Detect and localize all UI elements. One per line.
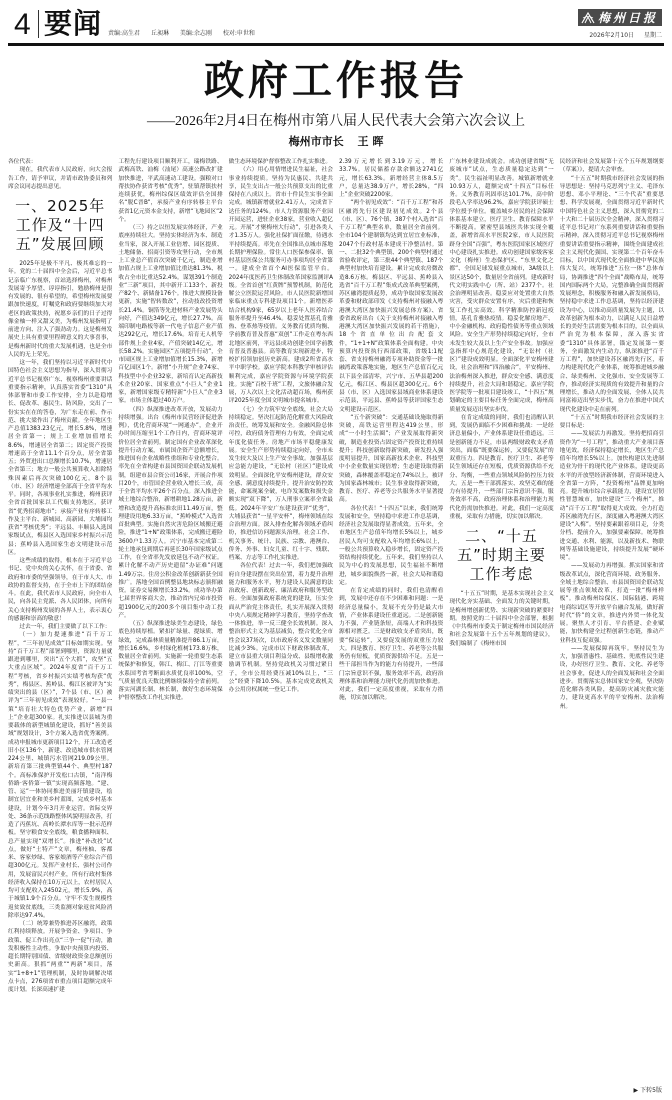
credit-editor: 责编:高生君 <box>108 30 140 37</box>
paragraph: （一）加力提速推进“百千万工程”，“三年初见成效”目标如期实现。坚持“百千万工程… <box>8 631 112 920</box>
paragraph: 2025年是极不平凡、极其难忘的一年。党的二十届四中全会后，习近平总书记亲临广东… <box>8 260 112 359</box>
paragraph: （七）全力筑牢安全底线，社会大局持续稳定。坚决扛起防范化解重大风险政治责任，统筹… <box>229 406 333 563</box>
paragraph: “两个初见成效”：“百千万工程”和苏区融湾先行区建设初见成效。2个县（市、区）、… <box>339 199 443 414</box>
plum-blossom-logo-icon <box>581 11 595 24</box>
column-6: 民经济和社会发展第十五个五年规划纲要（草案）》，提请大会审查。“十五五”时期我市… <box>560 158 664 1093</box>
paragraph: 做生态环境保护督察整改工作扎实推进。 <box>229 158 333 166</box>
paragraph: 各位代表！过去一年，我们把加强政府自身建设摆在突出位置，着力提升治理能力和服务水… <box>229 562 333 694</box>
section-name: 要闻 <box>44 8 102 40</box>
author-role: 梅州市市长 <box>289 135 344 148</box>
page-number: 4 <box>14 10 31 40</box>
column-5: 广东林业建设成就会。成功创建省级“无废城市”试点，生态质量稳定达到“一类”。民生… <box>449 158 553 1093</box>
paragraph: 过去一年，我们主要做了以下工作： <box>8 623 112 631</box>
paragraph: “十五五”时期，是基本实现社会主义现代化夯实基础、全面发力的关键时期，是梅州增创… <box>449 590 553 648</box>
paragraph: 现在，我代表市人民政府，向大会报告工作，请予审议，并请市政协委员和列席会议同志提… <box>8 166 112 191</box>
paragraph: 工程先行建设项目顺利开工，瑞梅铁路、武梅高铁、汕梅（汕尾）高速公路改扩建加快推进… <box>118 158 222 224</box>
column-1: 各位代表：现在，我代表市人民政府，向大会报告工作，请予审议，并请市政协委员和列席… <box>8 158 112 1093</box>
page-divider <box>38 10 39 38</box>
paragraph: “十五五”时期我市经济社会发展的主要目标是： <box>560 414 664 431</box>
newspaper-logo: 梅州日报 <box>578 9 662 26</box>
section-heading: 二、“十五五”时期主要工作考虑 <box>449 527 553 584</box>
paragraph: ——发展保障再筑牢。坚持民生为大，加强普惠性、基础性、兜底性民生建设，办好医疗卫… <box>560 645 664 711</box>
column-2: 工程先行建设项目顺利开工，瑞梅铁路、武梅高铁、汕梅（汕尾）高速公路改扩建加快推进… <box>118 158 222 1093</box>
paragraph: “十五五”时期我市经济社会发展的指导思想是：坚持马克思列宁主义、毛泽东思想、邓小… <box>560 175 664 414</box>
article-body: 各位代表：现在，我代表市人民政府，向大会报告工作，请予审议，并请市政协委员和列席… <box>8 158 664 1093</box>
paragraph: （六）用心用情增进民生福祉，社会事业持续提质。坚持为民惠民、共建共享，民生支出占… <box>229 166 333 405</box>
paragraph: 这一年，我们坚持以习近平新时代中国特色社会主义思想为指导，深入贯彻习近平总书记视… <box>8 359 112 557</box>
issue-date: 2026年2月10日 <box>589 32 634 39</box>
paragraph: “五个新突破”：交通基础设施取得新突破，高铁运营里程达419公里，形成“一小时生… <box>339 414 443 505</box>
masthead: 4 要闻 责编:高生君 丘昶琳 美编:余志刚 校对:申世和 梅州日报 2026年… <box>8 6 664 44</box>
credit-proofreader: 校对:申世和 <box>223 30 255 37</box>
paragraph: 广东林业建设成就会。成功创建省级“无废城市”试点，生态质量稳定达到“一类”。民生… <box>449 158 553 414</box>
dateline: 2026年2月10日 星期二 <box>589 30 662 39</box>
paragraph: 在肯定成绩的同时，我们也清醒看到，发展中还存在不少困难和问题：一是经济总量偏小，… <box>339 587 443 703</box>
column-4: 2.39万元增长到3.19万元，增长33.7%。居民储蓄存款余额达2741亿元，… <box>339 158 443 1093</box>
paragraph: 这些成绩的取得，根本在于习近平总书记、党中央的关心关怀，在于省委、省政府和市委的… <box>8 557 112 623</box>
paragraph: 各位代表： <box>8 158 112 166</box>
paragraph: 各位代表！“十四五”以来，我们统筹发展和安全，坚持稳中求进工作总基调，经济社会发… <box>339 505 443 588</box>
logo-text: 梅州日报 <box>598 9 658 26</box>
section-heading: 一、2025年工作及“十四五”发展回顾 <box>8 197 112 254</box>
byline: 梅州市市长 王 晖 <box>0 135 672 148</box>
paragraph: ——发展活力再激发。坚持把招商引资作为“一号工程”，推动重大产业项目落地见效。经… <box>560 430 664 562</box>
continued-on-page-note[interactable]: ▶下转5版 <box>634 1085 662 1094</box>
author-name: 王 晖 <box>358 135 384 148</box>
credit-editor-2: 丘昶琳 <box>151 30 169 37</box>
header-rule <box>8 43 664 46</box>
article-subtitle: ——2026年2月4日在梅州市第八届人民代表大会第六次会议上 <box>0 114 672 130</box>
paragraph: ——发展动力再增强。抓实国家和省级改革试点，深化营商环境、政务服务、全域土地综合… <box>560 562 664 645</box>
paragraph: （四）纵深推进改革开放，发展动力持续增强。出台《梅州市民营经济促进条例》，优化营… <box>118 406 222 621</box>
credit-designer: 美编:余志刚 <box>180 30 212 37</box>
paragraph: （五）纵深推进绿美生态建设，绿色底色持续厚植。紧扣扩绿量、提绿质、增绿效，完成森… <box>118 620 222 703</box>
right-triangle-icon: ▶ <box>634 1087 639 1094</box>
article-title: 政府工作报告 <box>0 58 672 104</box>
paragraph: 民经济和社会发展第十五个五年规划纲要（草案）》，提请大会审查。 <box>560 158 664 175</box>
paragraph: 2.39万元增长到3.19万元，增长33.7%。居民储蓄存款余额达2741亿元，… <box>339 158 443 199</box>
column-3: 做生态环境保护督察整改工作扎实推进。（六）用心用情增进民生福祉，社会事业持续提质… <box>229 158 333 1093</box>
paragraph: （三）持之以恒发展实体经济，产业底座持续壮大。坚持实体经济为本、制造业当家，深入… <box>118 224 222 406</box>
issue-weekday: 星期二 <box>644 32 662 39</box>
paragraph: 在肯定成绩的同时，我们也清醒认识到，发展仍面临不少困难和挑战：一是经济总量偏小，… <box>449 414 553 521</box>
continue-label: 下转5版 <box>640 1087 662 1094</box>
editor-credits: 责编:高生君 丘昶琳 美编:余志刚 校对:申世和 <box>108 28 264 37</box>
paragraph: （二）统筹兼势推进苏区融湾，政策红利持续释放。开展争资金、争项目、争政策、促工作… <box>8 920 112 994</box>
